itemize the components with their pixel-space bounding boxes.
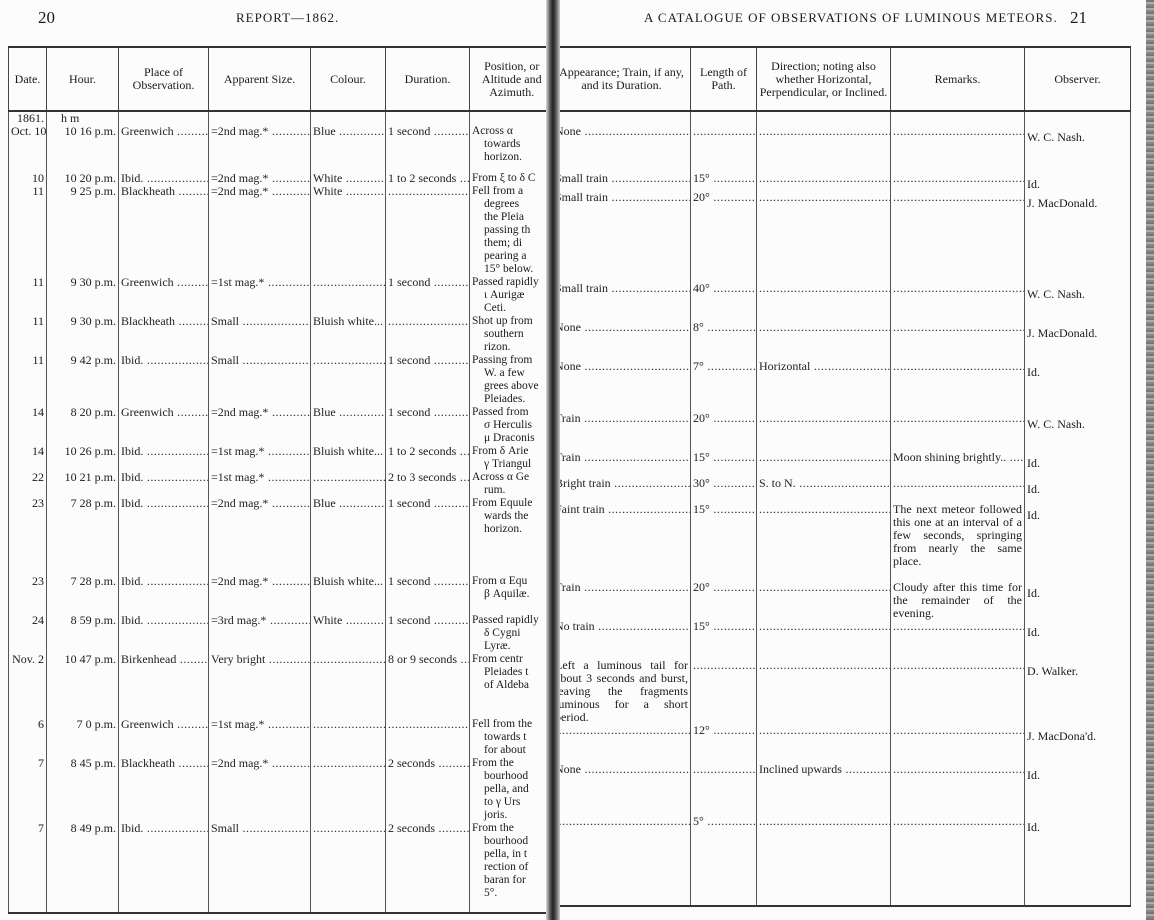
observation-row-right: NoneW. C. Nash.: [553, 111, 1131, 172]
place-cell: Ibid.: [119, 575, 209, 614]
observer-value: Id.: [1027, 508, 1040, 522]
position-line: horizon.: [472, 523, 552, 536]
duration-cell: 1 second: [386, 111, 470, 172]
appearance-value: Train: [555, 451, 691, 464]
place-value: Ibid.: [121, 172, 209, 185]
colour-value: [313, 276, 386, 289]
observer-value: Id.: [1027, 625, 1040, 639]
place-cell: Ibid.: [119, 354, 209, 406]
date-cell: 11: [9, 354, 47, 406]
date-value: 11: [32, 185, 44, 198]
position-cell: From Equulewards thehorizon.: [470, 497, 554, 575]
left-page: 20 REPORT—1862. Date.Hour.Place of Obser…: [0, 0, 552, 920]
observer-cell: Id.: [1025, 763, 1131, 815]
date-value: 14: [32, 445, 44, 458]
colour-cell: Blue: [311, 406, 386, 445]
path-length-value: 15°: [693, 620, 757, 633]
position-line: the Pleia: [472, 211, 552, 224]
observer-cell: Id.: [1025, 360, 1131, 412]
place-value: Blackheath: [121, 757, 209, 770]
place-cell: Birkenhead: [119, 653, 209, 718]
duration-value: [388, 315, 470, 328]
colour-cell: [311, 354, 386, 406]
direction-value: [759, 172, 891, 185]
position-line: rum.: [472, 484, 552, 497]
position-cell: Fell from adegreesthe Pleiapassing ththe…: [470, 185, 554, 276]
position-line: Across α: [472, 125, 552, 138]
position-line: them; di: [472, 237, 552, 250]
position-line: horizon.: [472, 151, 552, 164]
path-length-cell: 15°: [691, 620, 757, 659]
observer-cell: J. MacDonald.: [1025, 321, 1131, 360]
remarks-value: [893, 360, 1025, 373]
position-line: grees above: [472, 380, 552, 393]
place-cell: Greenwich: [119, 276, 209, 315]
direction-value: [759, 724, 891, 737]
path-length-cell: 20°: [691, 581, 757, 620]
position-cell: Fell from thetowards tfor about: [470, 718, 554, 757]
observation-row-left: 2210 21 p.m.Ibid.=1st mag.*2 to 3 second…: [9, 471, 554, 497]
date-value: 23: [32, 497, 44, 510]
position-line: Passed rapidly: [472, 276, 552, 289]
observer-cell: Id.: [1025, 815, 1131, 906]
appearance-cell: [553, 815, 691, 906]
left-column-header: Date.: [9, 47, 47, 111]
position-line: degrees: [472, 198, 552, 211]
hour-value: 8 59 p.m.: [71, 614, 116, 627]
colour-value: White: [313, 172, 386, 185]
date-cell: 23: [9, 497, 47, 575]
path-length-value: 20°: [693, 412, 757, 425]
apparent-size-cell: Very bright: [209, 653, 311, 718]
colour-value: Bluish white...: [313, 315, 386, 328]
hour-value: 9 30 p.m.: [71, 315, 116, 328]
remarks-cell: [891, 360, 1025, 412]
duration-cell: 8 or 9 seconds: [386, 653, 470, 718]
date-cell: 10: [9, 172, 47, 185]
place-cell: Greenwich: [119, 406, 209, 445]
apparent-size-value: Very bright: [211, 653, 311, 666]
colour-value: Bluish white...: [313, 445, 386, 458]
path-length-value: 15°: [693, 172, 757, 185]
place-cell: Blackheath: [119, 757, 209, 822]
direction-cell: [757, 503, 891, 581]
position-line: towards t: [472, 731, 552, 744]
date-cell: 11: [9, 185, 47, 276]
observation-row-left: 237 28 p.m.Ibid.=2nd mag.*Blue1 secondFr…: [9, 497, 554, 575]
path-length-value: [693, 659, 757, 672]
observation-row-left: 78 49 p.m.Ibid.Small2 secondsFrom thebou…: [9, 822, 554, 913]
colour-value: [313, 471, 386, 484]
path-length-cell: 15°: [691, 172, 757, 191]
appearance-cell: None: [553, 111, 691, 172]
apparent-size-cell: =2nd mag.*: [209, 406, 311, 445]
appearance-cell: Faint train: [553, 503, 691, 581]
colour-value: [313, 653, 386, 666]
apparent-size-value: =2nd mag.*: [211, 406, 311, 419]
observer-value: J. MacDonald.: [1027, 326, 1097, 340]
path-length-cell: 7°: [691, 360, 757, 412]
colour-value: White: [313, 614, 386, 627]
observer-value: Id.: [1027, 768, 1040, 782]
path-length-cell: 30°: [691, 477, 757, 503]
duration-value: [388, 718, 470, 731]
apparent-size-cell: =2nd mag.*: [209, 172, 311, 185]
path-length-cell: 20°: [691, 191, 757, 282]
colour-value: Blue: [313, 497, 386, 510]
colour-value: Blue: [313, 124, 386, 138]
appearance-value: Faint train: [555, 503, 691, 516]
direction-value: [759, 321, 891, 334]
hour-cell: 10 20 p.m.: [47, 172, 119, 185]
left-column-header: Hour.: [47, 47, 119, 111]
duration-cell: [386, 185, 470, 276]
remarks-cell: Cloudy after this time for the remainder…: [891, 581, 1025, 620]
observer-cell: J. MacDonald.: [1025, 191, 1131, 282]
observation-row-left: 119 30 p.m.Greenwich=1st mag.*1 secondPa…: [9, 276, 554, 315]
path-length-value: [693, 763, 757, 776]
date-cell: 6: [9, 718, 47, 757]
direction-value: [759, 503, 891, 516]
direction-cell: [757, 581, 891, 620]
left-column-header: Position, or Altitude and Azimuth.: [470, 47, 554, 111]
remarks-cell: [891, 620, 1025, 659]
remarks-cell: [891, 412, 1025, 451]
hour-value: 10 26 p.m.: [65, 445, 116, 458]
hour-value: 10 21 p.m.: [65, 471, 116, 484]
duration-cell: 1 second: [386, 497, 470, 575]
remarks-value: [893, 191, 1025, 204]
path-length-cell: 15°: [691, 503, 757, 581]
appearance-value: Train: [555, 412, 691, 425]
hour-value: 7 0 p.m.: [77, 718, 116, 731]
right-column-header: Length of Path.: [691, 47, 757, 111]
position-line: wards the: [472, 510, 552, 523]
observation-row-left: 67 0 p.m.Greenwich=1st mag.*Fell from th…: [9, 718, 554, 757]
observer-value: D. Walker.: [1027, 664, 1078, 678]
remarks-cell: [891, 724, 1025, 763]
direction-cell: [757, 321, 891, 360]
remarks-value: [893, 620, 1025, 633]
direction-cell: [757, 412, 891, 451]
observer-cell: D. Walker.: [1025, 659, 1131, 724]
duration-cell: [386, 315, 470, 354]
path-length-value: [693, 124, 757, 138]
duration-cell: 1 to 2 seconds: [386, 172, 470, 185]
position-line: Shot up from: [472, 315, 552, 328]
direction-cell: [757, 620, 891, 659]
duration-cell: 2 seconds: [386, 757, 470, 822]
position-cell: From δ Arieγ Triangul: [470, 445, 554, 471]
position-line: pella, in t: [472, 848, 552, 861]
observer-value: W. C. Nash.: [1027, 287, 1085, 301]
observation-row-right: Small train15°Id.: [553, 172, 1131, 191]
appearance-value: None: [555, 124, 691, 138]
duration-value: 1 second: [388, 276, 470, 289]
observation-row-right: 12°J. MacDona'd.: [553, 724, 1131, 763]
path-length-value: 30°: [693, 477, 757, 490]
path-length-value: 20°: [693, 191, 757, 204]
hour-cell: 9 42 p.m.: [47, 354, 119, 406]
path-length-cell: [691, 763, 757, 815]
observation-row-left: 78 45 p.m.Blackheath=2nd mag.*2 secondsF…: [9, 757, 554, 822]
duration-value: 1 to 2 seconds: [388, 172, 470, 185]
position-cell: Across α Gerum.: [470, 471, 554, 497]
hour-cell: 7 28 p.m.: [47, 575, 119, 614]
hour-value: 7 28 p.m.: [71, 497, 116, 510]
direction-cell: [757, 815, 891, 906]
observation-row-right: NoneInclined upwardsId.: [553, 763, 1131, 815]
apparent-size-value: =2nd mag.*: [211, 575, 311, 588]
colour-cell: [311, 653, 386, 718]
apparent-size-cell: =1st mag.*: [209, 471, 311, 497]
observation-row-left: 119 42 p.m.Ibid.Small1 secondPassing fro…: [9, 354, 554, 406]
observation-row-right: Faint train15°The next meteor followed t…: [553, 503, 1131, 581]
position-cell: Shot up fromsouthernrizon.: [470, 315, 554, 354]
colour-cell: Blue: [311, 111, 386, 172]
path-length-cell: 20°: [691, 412, 757, 451]
path-length-cell: 40°: [691, 282, 757, 321]
position-line: W. a few: [472, 367, 552, 380]
place-cell: Ibid.: [119, 497, 209, 575]
date-value: 22: [32, 471, 44, 484]
observation-row-right: None7°HorizontalId.: [553, 360, 1131, 412]
left-running-head: REPORT—1862.: [236, 10, 339, 26]
date-value: 6: [38, 718, 44, 731]
observation-row-right: Bright train30°S. to N.Id.: [553, 477, 1131, 503]
observer-cell: W. C. Nash.: [1025, 111, 1131, 172]
book-gutter: [546, 0, 560, 920]
direction-value: [759, 451, 891, 464]
observer-value: J. MacDonald.: [1027, 196, 1097, 210]
observer-value: Id.: [1027, 456, 1040, 470]
apparent-size-value: =2nd mag.*: [211, 185, 311, 198]
remarks-cell: [891, 191, 1025, 282]
position-line: pearing a: [472, 250, 552, 263]
date-cell: Nov. 2: [9, 653, 47, 718]
left-column-header: Place of Observation.: [119, 47, 209, 111]
remarks-value: Cloudy after this time for the remainder…: [893, 581, 1022, 620]
apparent-size-value: =3rd mag.*: [211, 614, 311, 627]
appearance-value: Small train: [555, 282, 691, 295]
observation-row-right: Train15°Moon shining brightly..Id.: [553, 451, 1131, 477]
path-length-value: 15°: [693, 503, 757, 516]
duration-cell: 2 seconds: [386, 822, 470, 913]
position-cell: Passing fromW. a fewgrees abovePleiades.: [470, 354, 554, 406]
direction-value: [759, 124, 891, 138]
observer-cell: Id.: [1025, 620, 1131, 659]
observer-cell: Id.: [1025, 451, 1131, 477]
apparent-size-value: Small: [211, 354, 311, 367]
path-length-value: 7°: [693, 360, 757, 373]
colour-cell: White: [311, 185, 386, 276]
hour-cell: 10 21 p.m.: [47, 471, 119, 497]
observation-row-left: Nov. 210 47 p.m.BirkenheadVery bright8 o…: [9, 653, 554, 718]
place-value: Greenwich: [121, 406, 209, 419]
appearance-cell: Small train: [553, 191, 691, 282]
place-value: Greenwich: [121, 276, 209, 289]
appearance-cell: Train: [553, 451, 691, 477]
direction-cell: [757, 191, 891, 282]
hour-value: 7 28 p.m.: [71, 575, 116, 588]
duration-value: 1 second: [388, 406, 470, 419]
observer-cell: Id.: [1025, 172, 1131, 191]
remarks-cell: [891, 477, 1025, 503]
appearance-value: [555, 815, 691, 828]
remarks-value: [893, 763, 1025, 776]
position-line: rizon.: [472, 341, 552, 354]
direction-cell: Horizontal: [757, 360, 891, 412]
apparent-size-cell: =2nd mag.*: [209, 575, 311, 614]
position-line: Ceti.: [472, 302, 552, 315]
position-line: Pleiades.: [472, 393, 552, 406]
observation-row-left: 148 20 p.m.Greenwich=2nd mag.*Blue1 seco…: [9, 406, 554, 445]
duration-cell: 1 second: [386, 575, 470, 614]
duration-value: 1 to 2 seconds: [388, 445, 470, 458]
observer-value: Id.: [1027, 820, 1040, 834]
date-value: 10: [32, 172, 44, 185]
place-value: Ibid.: [121, 497, 209, 510]
position-line: Pleiades t: [472, 666, 552, 679]
date-cell: 14: [9, 445, 47, 471]
position-cell: Across αtowardshorizon.: [470, 111, 554, 172]
position-line: baran for: [472, 874, 552, 887]
appearance-value: Bright train: [555, 477, 691, 490]
observation-row-left: 119 25 p.m.Blackheath=2nd mag.*WhiteFell…: [9, 185, 554, 276]
hour-value: 10 16 p.m.: [65, 124, 116, 138]
apparent-size-cell: =2nd mag.*: [209, 497, 311, 575]
remarks-value: [893, 477, 1025, 490]
duration-cell: [386, 718, 470, 757]
colour-cell: Bluish white...: [311, 315, 386, 354]
hour-cell: 7 28 p.m.: [47, 497, 119, 575]
position-line: γ Triangul: [472, 458, 552, 471]
date-cell: 11: [9, 276, 47, 315]
place-cell: Ibid.: [119, 822, 209, 913]
colour-cell: Bluish white...: [311, 445, 386, 471]
observer-value: Id.: [1027, 365, 1040, 379]
apparent-size-cell: =1st mag.*: [209, 445, 311, 471]
apparent-size-value: Small: [211, 315, 311, 328]
position-line: Lyræ.: [472, 640, 552, 653]
position-line: 5°.: [472, 887, 552, 900]
place-cell: Ibid.: [119, 445, 209, 471]
appearance-value: Train: [555, 581, 691, 594]
position-line: for about: [472, 744, 552, 757]
apparent-size-cell: Small: [209, 822, 311, 913]
position-line: southern: [472, 328, 552, 341]
appearance-value: No train: [555, 620, 691, 633]
position-line: of Aldeba: [472, 679, 552, 692]
direction-value: Horizontal: [759, 360, 891, 373]
position-line: From δ Arie: [472, 445, 552, 458]
apparent-size-value: =2nd mag.*: [211, 497, 311, 510]
apparent-size-cell: Small: [209, 315, 311, 354]
duration-value: 1 second: [388, 124, 470, 138]
apparent-size-value: =1st mag.*: [211, 471, 311, 484]
appearance-cell: None: [553, 360, 691, 412]
direction-cell: [757, 172, 891, 191]
hour-cell: 10 26 p.m.: [47, 445, 119, 471]
colour-value: [313, 718, 386, 731]
apparent-size-cell: =3rd mag.*: [209, 614, 311, 653]
position-line: Passed rapidly: [472, 614, 552, 627]
duration-value: 2 to 3 seconds: [388, 471, 470, 484]
remarks-cell: [891, 172, 1025, 191]
position-line: σ Herculis: [472, 419, 552, 432]
date-cell: 1861.Oct. 10: [9, 111, 47, 172]
appearance-cell: None: [553, 321, 691, 360]
position-line: pella, and: [472, 783, 552, 796]
date-value: 11: [32, 315, 44, 328]
appearance-cell: Left a luminous tail for about 3 seconds…: [553, 659, 691, 724]
date-value: 11: [32, 354, 44, 367]
appearance-cell: None: [553, 763, 691, 815]
remarks-value: [893, 659, 1025, 672]
position-line: Across α Ge: [472, 471, 552, 484]
path-length-cell: [691, 659, 757, 724]
place-cell: Blackheath: [119, 185, 209, 276]
appearance-cell: [553, 724, 691, 763]
appearance-value: None: [555, 321, 691, 334]
colour-cell: Bluish white...: [311, 575, 386, 614]
position-cell: Passed rapidlyδ CygniLyræ.: [470, 614, 554, 653]
date-value: 23: [32, 575, 44, 588]
place-cell: Ibid.: [119, 471, 209, 497]
appearance-value: Left a luminous tail for about 3 seconds…: [555, 659, 688, 724]
appearance-value: None: [555, 360, 691, 373]
position-line: Passing from: [472, 354, 552, 367]
duration-value: 1 second: [388, 497, 470, 510]
apparent-size-value: =1st mag.*: [211, 445, 311, 458]
remarks-value: [893, 124, 1025, 138]
position-cell: From ξ to δ C: [470, 172, 554, 185]
remarks-cell: [891, 321, 1025, 360]
hour-cell: 8 59 p.m.: [47, 614, 119, 653]
apparent-size-cell: =2nd mag.*: [209, 111, 311, 172]
position-line: 15° below.: [472, 263, 552, 276]
date-value: Nov. 2: [12, 653, 44, 666]
path-length-cell: [691, 111, 757, 172]
remarks-cell: [891, 111, 1025, 172]
remarks-value: [893, 815, 1025, 828]
remarks-value: [893, 412, 1025, 425]
direction-value: [759, 191, 891, 204]
appearance-cell: Bright train: [553, 477, 691, 503]
place-value: Ibid.: [121, 354, 209, 367]
observation-row-right: No train15°Id.: [553, 620, 1131, 659]
place-value: Ibid.: [121, 614, 209, 627]
observation-row-left: 248 59 p.m.Ibid.=3rd mag.*White1 secondP…: [9, 614, 554, 653]
observation-row-left: 1410 26 p.m.Ibid.=1st mag.*Bluish white.…: [9, 445, 554, 471]
position-line: From the: [472, 822, 552, 835]
hour-cell: 8 45 p.m.: [47, 757, 119, 822]
path-length-cell: 12°: [691, 724, 757, 763]
right-page: A CATALOGUE OF OBSERVATIONS OF LUMINOUS …: [552, 0, 1154, 920]
position-line: bourhood: [472, 770, 552, 783]
remarks-value: [893, 172, 1025, 185]
duration-cell: 1 second: [386, 406, 470, 445]
colour-cell: [311, 276, 386, 315]
position-line: to γ Urs: [472, 796, 552, 809]
path-length-cell: 15°: [691, 451, 757, 477]
direction-cell: S. to N.: [757, 477, 891, 503]
apparent-size-value: =2nd mag.*: [211, 757, 311, 770]
apparent-size-value: =2nd mag.*: [211, 172, 311, 185]
remarks-cell: [891, 815, 1025, 906]
right-running-head: A CATALOGUE OF OBSERVATIONS OF LUMINOUS …: [644, 10, 1058, 26]
place-value: Ibid.: [121, 822, 209, 835]
